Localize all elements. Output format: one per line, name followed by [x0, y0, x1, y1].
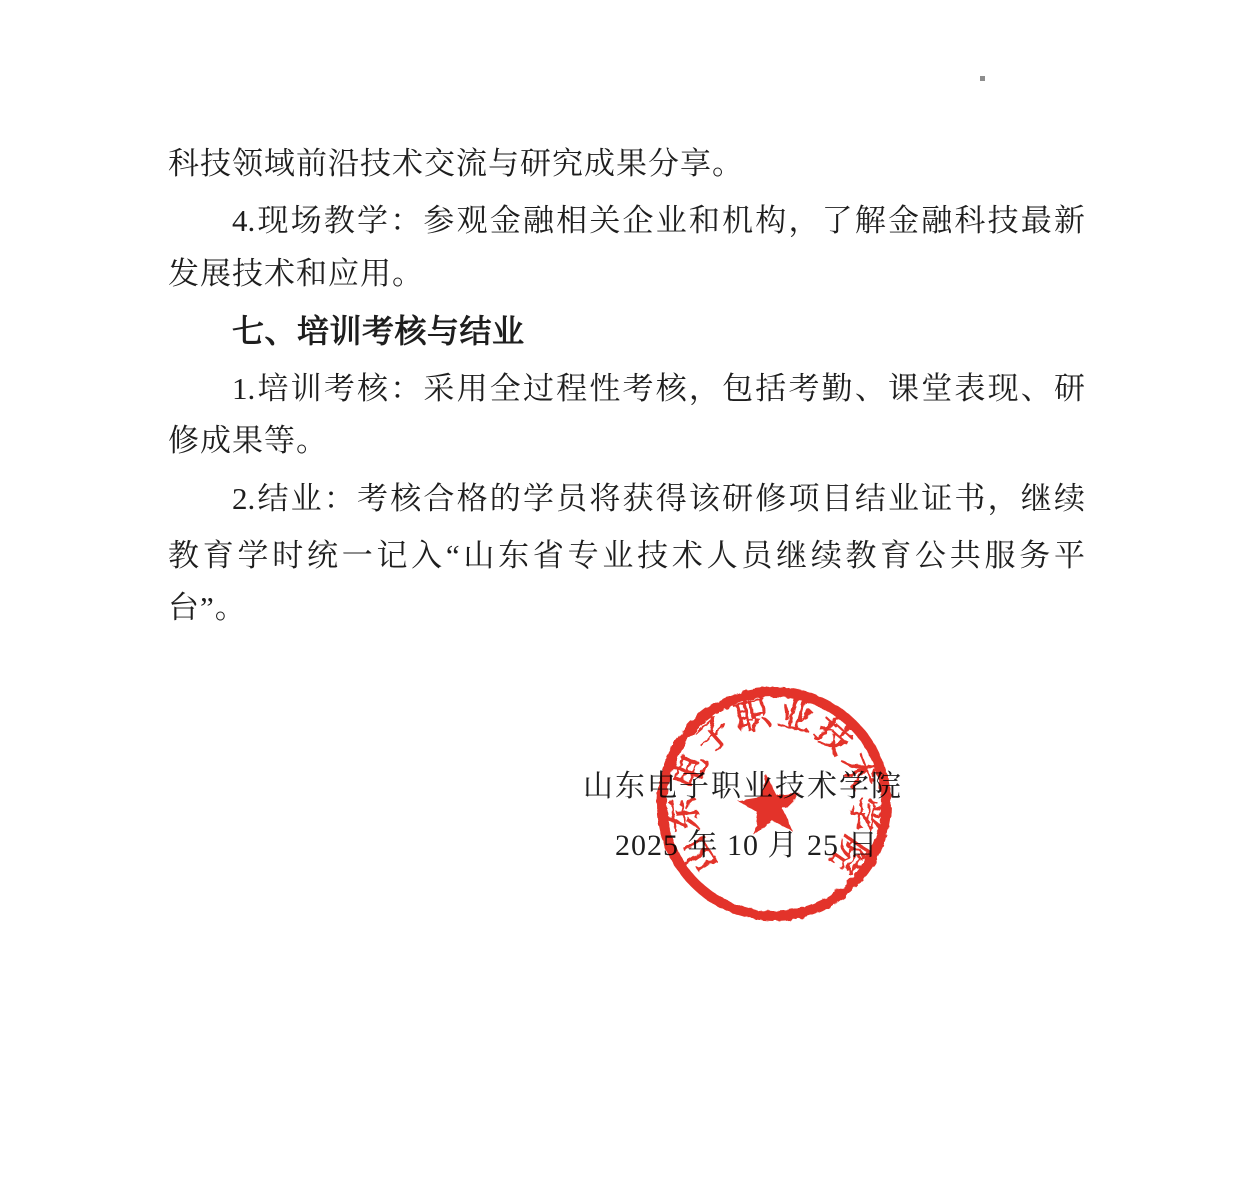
seal-character: 子 [689, 710, 741, 762]
signature-date: 2025 年 10 月 25 日 [615, 820, 879, 864]
section-heading: 七、培训考核与结业 [232, 313, 525, 350]
body-text-line: 科技领域前沿技术交流与研究成果分享。 [168, 146, 744, 182]
body-text-line: 教育学时统一记入“山东省专业技术人员继续教育公共服务平 [168, 538, 1085, 574]
document-page: 科技领域前沿技术交流与研究成果分享。 4.现场教学：参观金融相关企业和机构，了解… [0, 0, 1235, 1186]
body-text-line: 1.培训考核：采用全过程性考核，包括考勤、课堂表现、研 [232, 371, 1085, 407]
body-text-line: 发展技术和应用。 [168, 256, 424, 292]
body-text-line: 台”。 [168, 590, 247, 626]
seal-character: 业 [774, 693, 817, 739]
seal-character: 职 [731, 693, 775, 739]
body-text-line: 修成果等。 [168, 423, 328, 459]
signature-organization: 山东电子职业技术学院 [583, 761, 903, 805]
body-text-line: 4.现场教学：参观金融相关企业和机构，了解金融科技最新 [232, 203, 1085, 239]
body-text-line: 2.结业：考核合格的学员将获得该研修项目结业证书，继续 [232, 481, 1085, 517]
seal-character: 技 [807, 710, 859, 762]
scan-artifact-dot [980, 76, 985, 81]
